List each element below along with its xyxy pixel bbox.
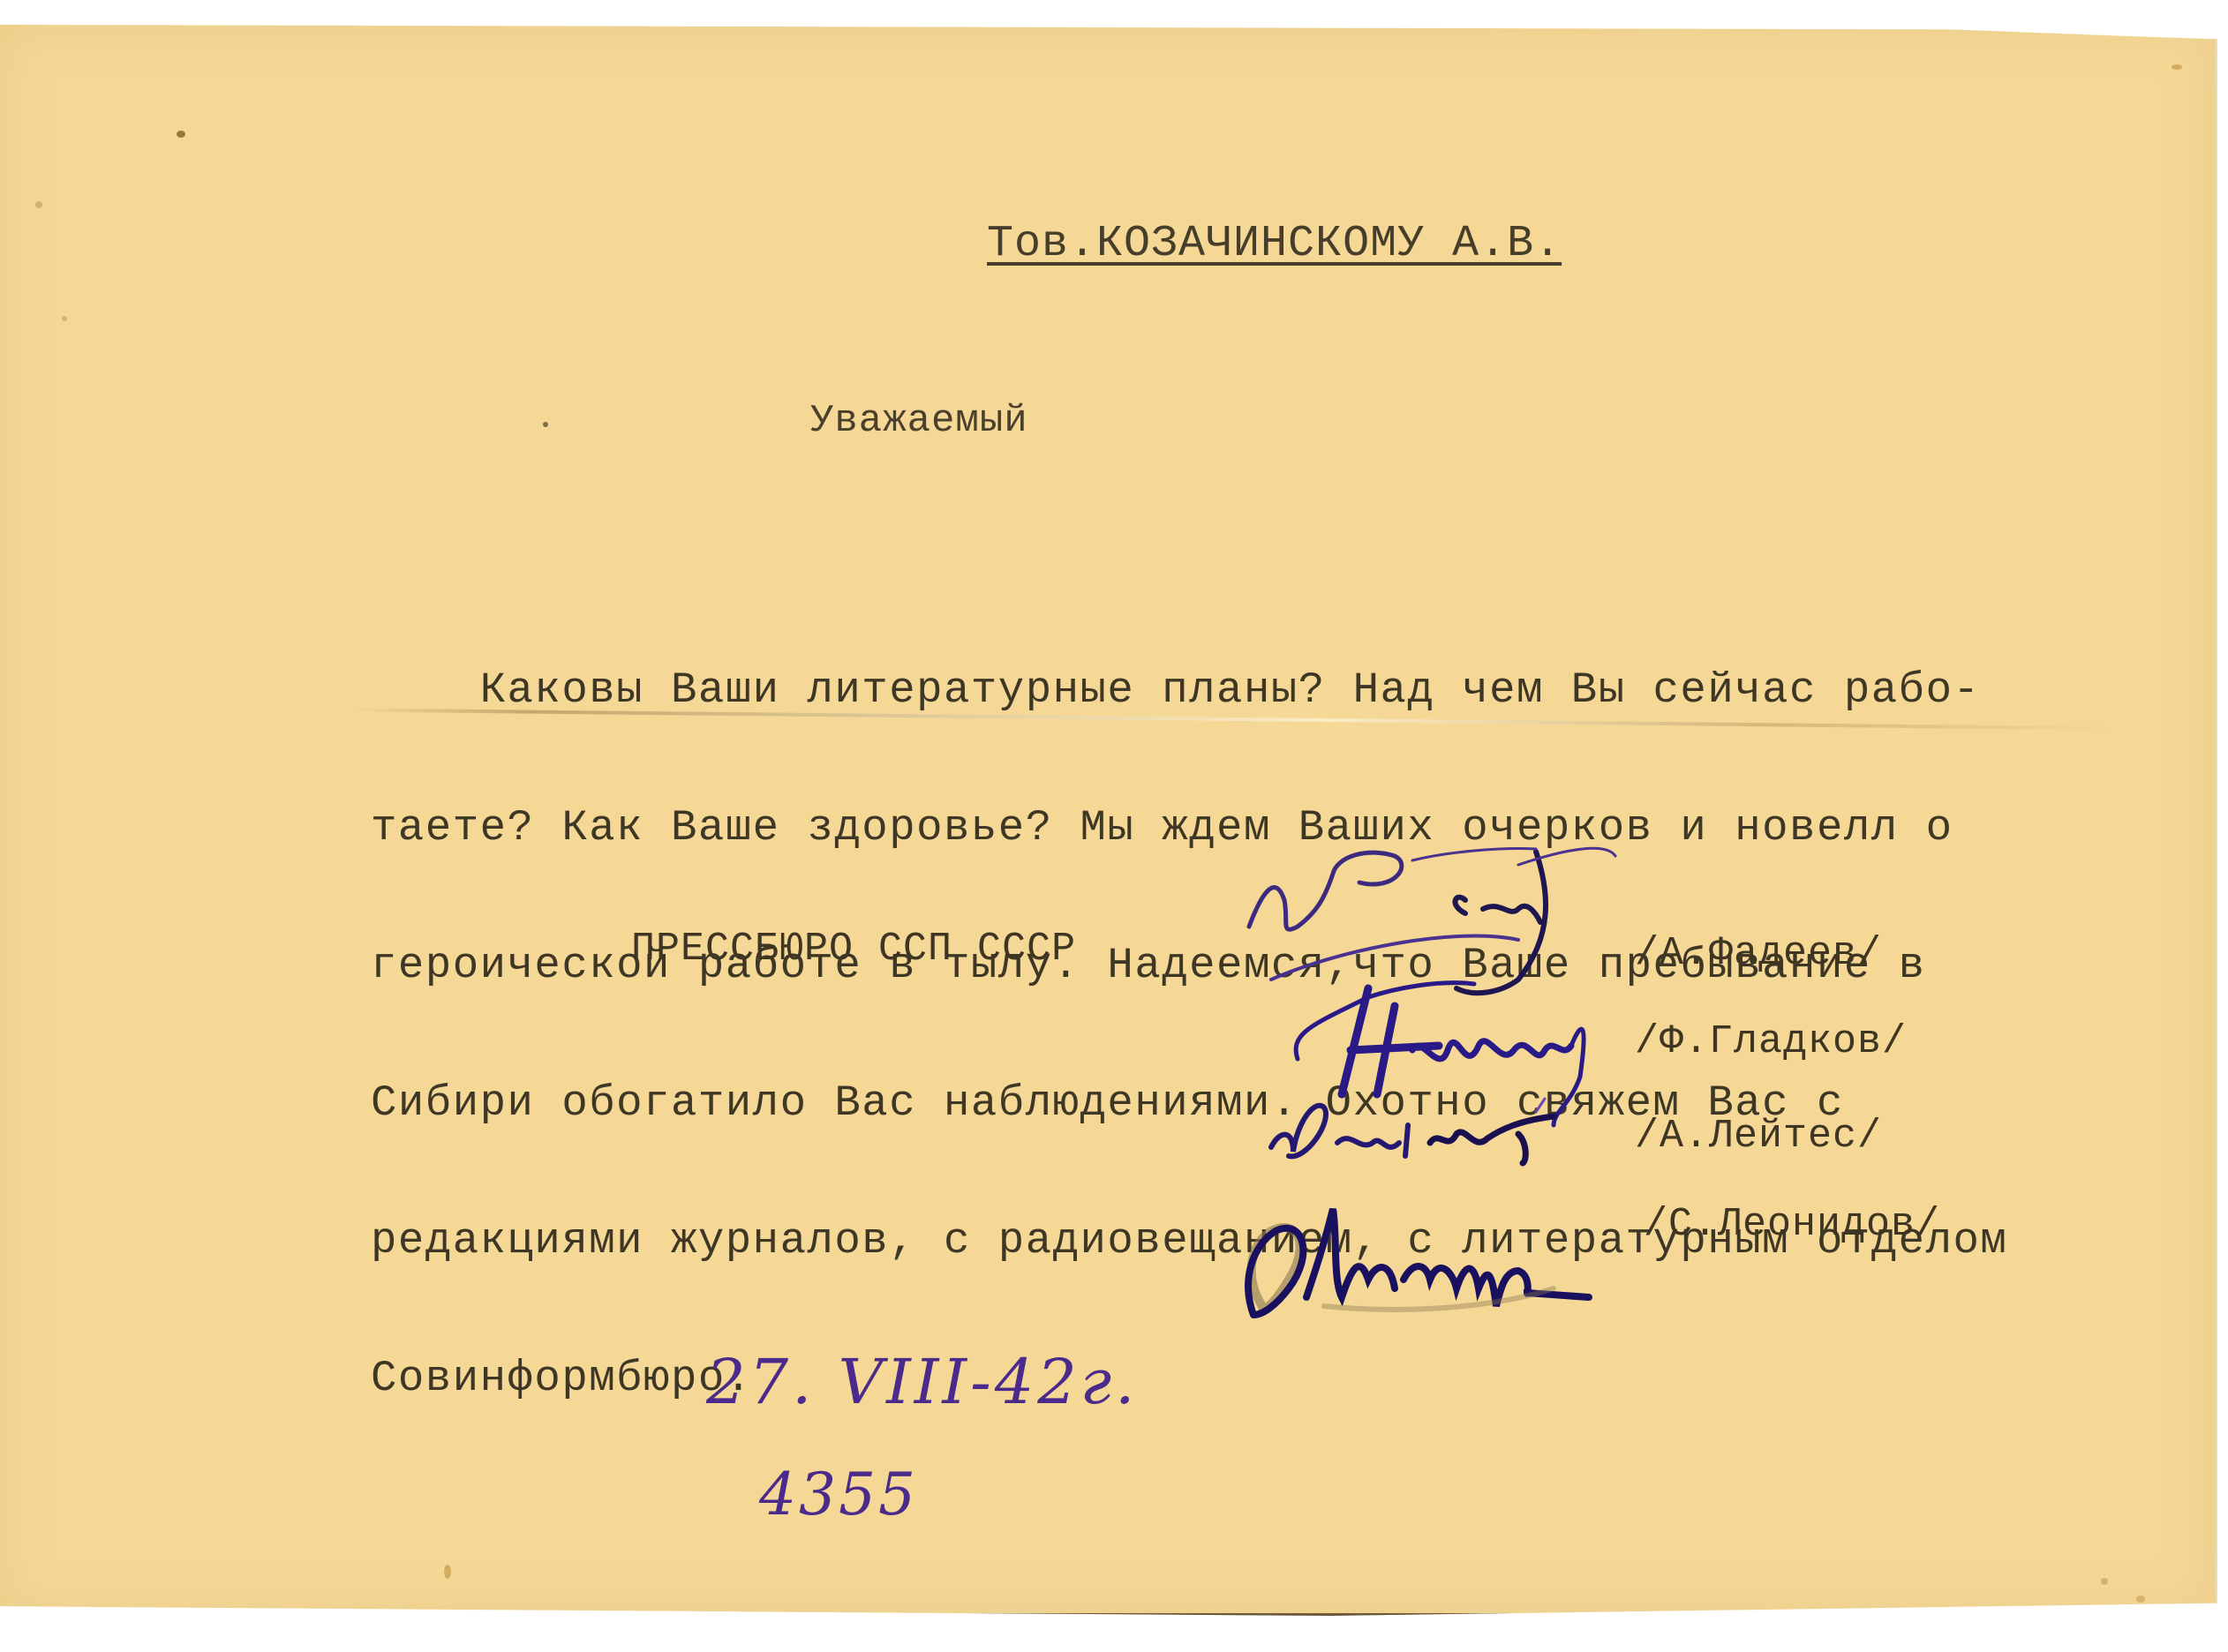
paper-speck bbox=[2101, 1578, 2108, 1585]
paper-speck bbox=[177, 131, 185, 138]
paper-speck bbox=[543, 422, 548, 427]
body-line: таете? Как Ваше здоровье? Мы ждем Ваших … bbox=[371, 805, 2007, 851]
body-line: Каковы Ваши литературные планы? Над чем … bbox=[371, 667, 2007, 713]
body-line: Совинформбюро. bbox=[371, 1355, 2007, 1401]
handwritten-date: 27. VIII-42г. bbox=[706, 1346, 1138, 1418]
paper-speck bbox=[35, 201, 42, 208]
paper-speck bbox=[2172, 64, 2182, 70]
paper-speck bbox=[444, 1565, 451, 1579]
signatory-leonidov: /С.Леонидов/ bbox=[1644, 1202, 1940, 1247]
signature-leonidov bbox=[1236, 1191, 1695, 1333]
paper-speck bbox=[62, 316, 67, 321]
signatory-fadeev: /А.Фадеев/ bbox=[1635, 931, 1882, 976]
handwritten-registration-number: 4355 bbox=[759, 1461, 918, 1528]
signature-leites bbox=[1253, 1094, 1624, 1174]
signatory-leites: /А.Лейтес/ bbox=[1635, 1114, 1882, 1159]
organization-name: ПРЕССБЮРО ССП СССР bbox=[631, 927, 1076, 972]
addressee-heading: Тов.КОЗАЧИНСКОМУ А.В. bbox=[987, 219, 1562, 269]
salutation: Уважаемый bbox=[810, 399, 1028, 443]
signatory-gladkov: /Ф.Гладков/ bbox=[1635, 1019, 1907, 1064]
paper-speck bbox=[2136, 1596, 2145, 1603]
scanned-letter: Тов.КОЗАЧИНСКОМУ А.В. Уважаемый Каковы В… bbox=[0, 0, 2228, 1652]
